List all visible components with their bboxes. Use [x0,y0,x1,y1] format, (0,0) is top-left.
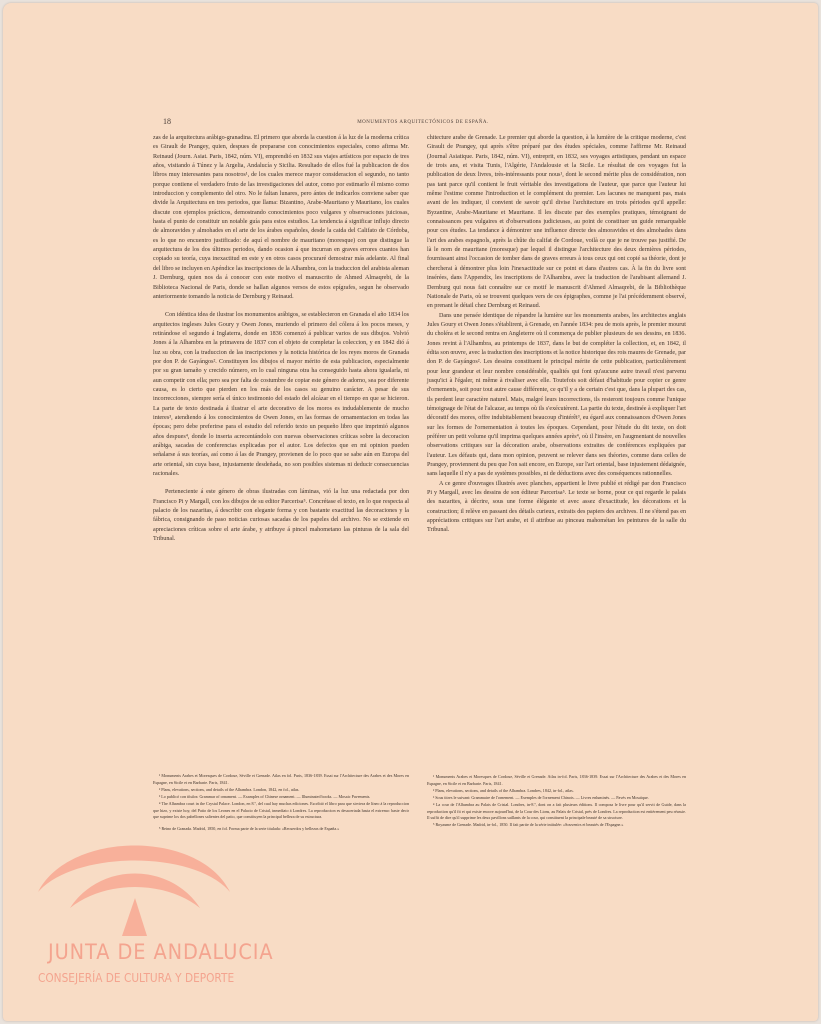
watermark-subtitle: CONSEJERÍA DE CULTURA Y DEPORTE [38,971,234,985]
footnote: ⁴ The Alhambra court in the Crystal Pala… [153,801,409,822]
footnote: ¹ Monuments Arabes et Moresques de Cordo… [153,773,409,787]
footnote: ³ Lo publicó con títulos: Grammar of orn… [153,794,409,801]
paragraph: chitecture arabe de Grenade. Le premier … [427,134,686,312]
footnote: ⁴ La cour de l'Alhambra au Palais de Cri… [427,802,686,823]
left-column-spanish: zas de la arquitectura arábigo-granadina… [153,134,409,544]
footnote: ⁵ Royaume de Grenade. Madrid, in-fol., 1… [427,822,686,829]
paragraph: Perteneciente á este género de obras ilu… [153,488,409,544]
running-header: 18 MONUMENTOS ARQUITECTÓNICOS DE ESPAÑA. [153,117,693,129]
paragraph: A ce genre d'ouvrages illustrés avec pla… [427,480,686,536]
footnote: ² Plans, elevations, sections, and detai… [153,787,409,794]
footnote: ¹ Monuments Arabes et Moresques de Cordo… [427,774,686,788]
running-title: MONUMENTOS ARQUITECTÓNICOS DE ESPAÑA. [153,120,693,125]
footnotes-right: ¹ Monuments Arabes et Moresques de Cordo… [427,774,686,829]
paragraph: Dans une pensée identique de répandre la… [427,312,686,480]
footnote: ² Plans, elevations, sections, and detai… [427,788,686,795]
footnotes-left: ¹ Monuments Arabes et Moresques de Cordo… [153,773,409,833]
junta-de-andalucia-watermark: JUNTA DE ANDALUCIA CONSEJERÍA DE CULTURA… [30,830,240,990]
watermark-title: JUNTA DE ANDALUCIA [48,940,274,964]
junta-de-andalucia-emblem-icon [30,830,240,940]
footnote: ³ Sous titres le suivant: Grammaire de l… [427,795,686,802]
right-column-french: chitecture arabe de Grenade. Le premier … [427,134,686,536]
paragraph: zas de la arquitectura arábigo-granadina… [153,134,409,302]
paragraph: Con idéntica idea de ilustrar los monume… [153,311,409,479]
